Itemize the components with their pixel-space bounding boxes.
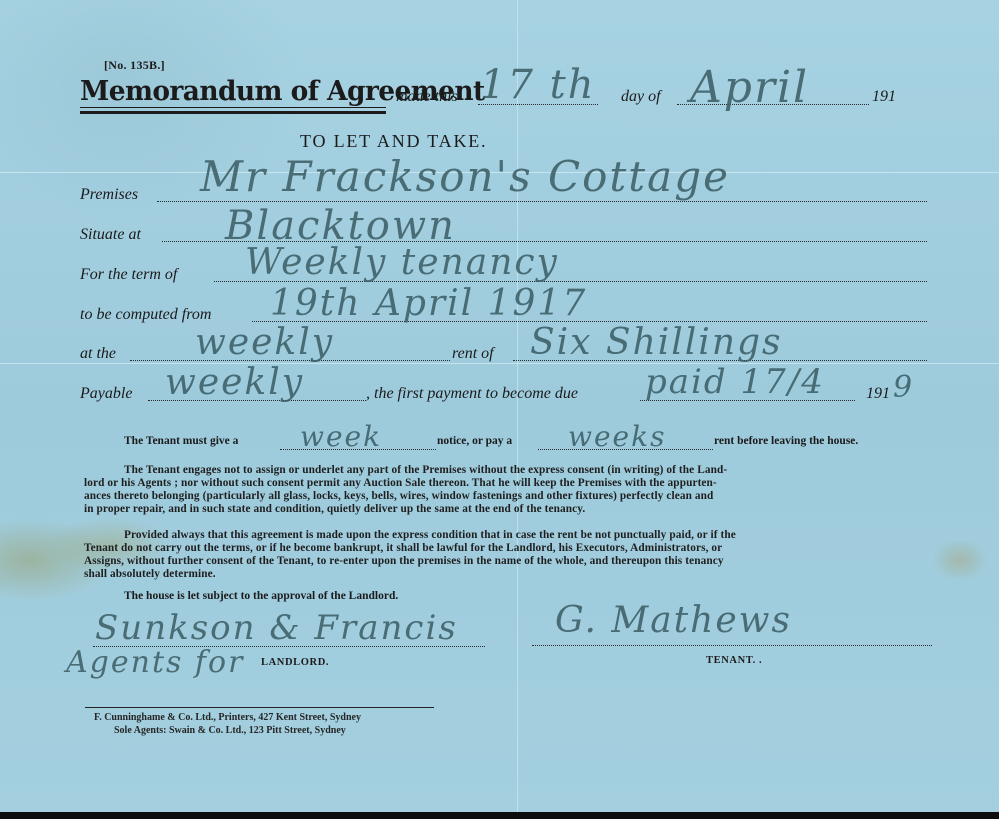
payable-label: Payable [80, 385, 132, 403]
landlord-signature: Sunkson & Francis [95, 608, 458, 648]
tenant-signature: G. Mathews [555, 600, 792, 641]
premises-label: Premises [80, 186, 138, 204]
agreement-document: [No. 135B.] Memorandum of Agreement made… [0, 0, 999, 812]
fold-crease [517, 0, 518, 812]
printer-line-1: F. Cunninghame & Co. Ltd., Printers, 427… [94, 712, 361, 723]
clause-line: lord or his Agents ; nor without such co… [84, 477, 932, 490]
premises-value: Mr Frackson's Cottage [200, 152, 730, 201]
situate-label: Situate at [80, 226, 141, 244]
clause-line: in proper repair, and in such state and … [84, 503, 932, 516]
payable-value: weekly [165, 362, 304, 403]
day-of-label: day of [621, 88, 661, 106]
approval-statement: The house is let subject to the approval… [124, 590, 398, 602]
computed-from-value: 19th April 1917 [270, 283, 587, 324]
landlord-label: LANDLORD. [261, 657, 329, 668]
engagement-clause: The Tenant engages not to assign or unde… [84, 464, 932, 516]
year-prefix: 191 [872, 88, 896, 106]
rent-period-value: weekly [195, 322, 334, 363]
premises-line [157, 201, 927, 202]
first-payment-label: , the first payment to become due [366, 385, 578, 403]
printer-line-2: Sole Agents: Swain & Co. Ltd., 123 Pitt … [114, 725, 346, 736]
clause-line: Provided always that this agreement is m… [84, 529, 932, 542]
clause-line: The Tenant engages not to assign or unde… [84, 464, 932, 477]
form-number: [No. 135B.] [104, 58, 165, 73]
heading: TO LET AND TAKE. [300, 131, 487, 152]
clause-line: ances thereto belonging (particularly al… [84, 490, 932, 503]
tenant-signature-line [532, 645, 932, 646]
day-value: 17 th [480, 62, 595, 108]
notice-middle: notice, or pay a [437, 435, 512, 447]
month-value: April [690, 62, 809, 113]
rent-period-label: at the [80, 345, 116, 363]
rent-amount-value: Six Shillings [530, 322, 783, 363]
rent-notice-value: weeks [568, 420, 666, 453]
term-value: Weekly tenancy [245, 242, 559, 283]
notice-value: week [300, 420, 382, 453]
term-label: For the term of [80, 266, 177, 284]
clause-line: shall absolutely determine. [84, 568, 932, 581]
title-underline [80, 107, 386, 108]
notice-suffix: rent before leaving the house. [714, 435, 858, 447]
landlord-agent-note: Agents for [66, 645, 244, 680]
computed-from-label: to be computed from [80, 306, 211, 324]
first-payment-value: paid 17/4 [645, 362, 825, 402]
first-payment-year-suffix: 9 [893, 370, 914, 405]
first-payment-year-prefix: 191 [866, 385, 890, 403]
clause-line: Assigns, without further consent of the … [84, 555, 932, 568]
made-this-label: made this [396, 88, 458, 106]
notice-prefix: The Tenant must give a [124, 435, 238, 447]
proviso-clause: Provided always that this agreement is m… [84, 529, 932, 581]
rent-of-label: rent of [452, 345, 494, 363]
tenant-label: TENANT. . [706, 655, 762, 666]
title-underline [80, 111, 386, 114]
fold-crease [0, 363, 999, 364]
clause-line: Tenant do not carry out the terms, or if… [84, 542, 932, 555]
footer-rule [85, 707, 434, 708]
